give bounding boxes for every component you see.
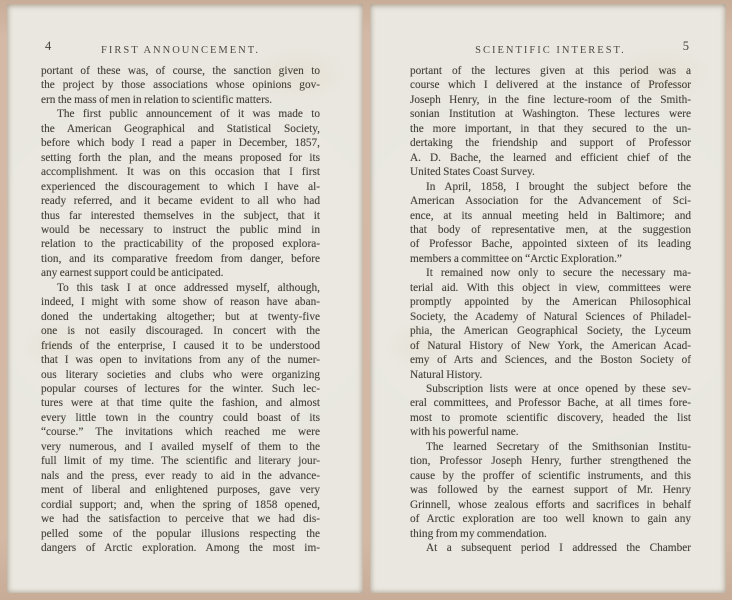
text-line: setting forth the plan, and the means pr… [41, 151, 320, 165]
page-number: 4 [45, 39, 51, 54]
text-line: ment of liberal and enlightened purposes… [41, 483, 320, 497]
text-line: “course.” The invitations which reached … [41, 425, 320, 439]
text-line: members a committee on “Arctic Explorati… [410, 252, 691, 266]
text-line: before which body I read a paper in Dece… [41, 136, 320, 150]
text-line: the American Geographical and Statistica… [41, 122, 320, 136]
text-line: we had the satisfaction to perceive that… [41, 512, 320, 526]
text-line: popular courses of lectures for the wint… [41, 382, 320, 396]
text-line: experienced the discouragement to which … [41, 180, 320, 194]
text-line: cause by the proffer of scientific instr… [410, 469, 691, 483]
text-line: tion, and its comparative freedom from d… [41, 252, 320, 266]
book-spread-photo: { "palette": { "backing_tan": "#d3b8a4",… [0, 0, 732, 600]
text-line: Society, the Academy of Natural Sciences… [410, 310, 691, 324]
page-left: 4 FIRST ANNOUNCEMENT. portant of these w… [7, 4, 363, 593]
page-body: portant of these was, of course, the san… [41, 64, 320, 555]
text-line: ready referred, and it became evident to… [41, 194, 320, 208]
text-line: ence, at its annual meeting held in Balt… [410, 209, 691, 223]
text-line: eral committees, and Professor Bache, at… [410, 396, 691, 410]
text-line: The first public announcement of it was … [41, 107, 320, 121]
paragraph: It remained now only to secure the neces… [410, 266, 691, 382]
paragraph: In April, 1858, I brought the subject be… [410, 180, 691, 267]
text-line: pelled some of the popular illusions res… [41, 527, 320, 541]
running-head: FIRST ANNOUNCEMENT. [101, 45, 260, 56]
page-right: SCIENTIFIC INTEREST. 5 portant of the le… [370, 4, 726, 593]
text-line: The learned Secretary of the Smithsonian… [410, 440, 691, 454]
text-line: thing from my commendation. [410, 527, 691, 541]
text-line: In April, 1858, I brought the subject be… [410, 180, 691, 194]
text-line: portant of these was, of course, the san… [41, 64, 320, 78]
text-line: Subscription lists were at once opened b… [410, 382, 691, 396]
text-line: most to promote scientific discovery, he… [410, 411, 691, 425]
text-line: that I was open to invitations from any … [41, 353, 320, 367]
paragraph: The learned Secretary of the Smithsonian… [410, 440, 691, 541]
page-left-inner: 4 FIRST ANNOUNCEMENT. portant of these w… [7, 4, 363, 593]
page-body: portant of the lectures given at this pe… [410, 64, 691, 555]
text-line: doned the undertaking altogether; but at… [41, 310, 320, 324]
text-line: emy of Arts and Sciences, and the Boston… [410, 353, 691, 367]
text-line: course which I delivered at the instance… [410, 78, 691, 92]
text-line: one is not easily discouraged. In concer… [41, 324, 320, 338]
text-line: very numerous, and I availed myself of t… [41, 440, 320, 454]
paragraph: At a subsequent period I addressed the C… [410, 541, 691, 555]
text-line: portant of the lectures given at this pe… [410, 64, 691, 78]
paragraph: Subscription lists were at once opened b… [410, 382, 691, 440]
text-line: It remained now only to secure the neces… [410, 266, 691, 280]
text-line: nals and the press, ever ready to aid in… [41, 469, 320, 483]
text-line: of Professor Bache, appointed sixteen of… [410, 237, 691, 251]
paragraph: The first public announcement of it was … [41, 107, 320, 280]
text-line: of Arctic exploration are too well known… [410, 512, 691, 526]
text-line: At a subsequent period I addressed the C… [410, 541, 691, 555]
text-line: full limit of my time. The scientific an… [41, 454, 320, 468]
text-line: accomplishment. It was on this occasion … [41, 165, 320, 179]
text-line: phia, the American Geographical Society,… [410, 324, 691, 338]
text-line: would be necessary to instruct the publi… [41, 223, 320, 237]
text-line: Grinnell, whose zealous efforts and sacr… [410, 498, 691, 512]
text-line: friends of the enterprise, I caused it t… [41, 339, 320, 353]
page-header: SCIENTIFIC INTEREST. 5 [410, 40, 691, 53]
text-line: Joseph Henry, in the fine lecture-room o… [410, 93, 691, 107]
page-number: 5 [683, 39, 689, 54]
text-line: that body of representative men, at the … [410, 223, 691, 237]
text-line: sonian Institution at Washington. These … [410, 107, 691, 121]
text-line: promptly appointed by the American Philo… [410, 295, 691, 309]
text-line: was followed by the earnest support of M… [410, 483, 691, 497]
text-line: any earnest support could be anticipated… [41, 266, 320, 280]
text-line: terial aid. With this object in view, co… [410, 281, 691, 295]
text-line: of Natural History of New York, the Amer… [410, 339, 691, 353]
text-line: the more important, in that they secured… [410, 122, 691, 136]
text-line: A. D. Bache, the learned and efficient c… [410, 151, 691, 165]
text-line: thus far interested themselves in the su… [41, 209, 320, 223]
text-line: the project by those associations whose … [41, 78, 320, 92]
text-line: United States Coast Survey. [410, 165, 691, 179]
text-line: relation to the practicability of the pr… [41, 237, 320, 251]
text-line: cordial support; and, when the spring of… [41, 498, 320, 512]
paragraph: portant of these was, of course, the san… [41, 64, 320, 107]
text-line: ous literary societies and clubs who wer… [41, 368, 320, 382]
text-line: every little town in the country could b… [41, 411, 320, 425]
text-line: dangers of Arctic exploration. Among the… [41, 541, 320, 555]
paragraph: To this task I at once addressed myself,… [41, 281, 320, 556]
text-line: Natural History. [410, 368, 691, 382]
text-line: with his powerful name. [410, 425, 691, 439]
running-head: SCIENTIFIC INTEREST. [475, 45, 626, 56]
text-line: indeed, I might with some show of reason… [41, 295, 320, 309]
text-line: ern the mass of men in relation to scien… [41, 93, 320, 107]
text-line: dertaking the friendship and support of … [410, 136, 691, 150]
page-right-inner: SCIENTIFIC INTEREST. 5 portant of the le… [370, 4, 726, 593]
text-line: American Association for the Advancement… [410, 194, 691, 208]
text-line: tures were at that time quite the fashio… [41, 396, 320, 410]
text-line: tion, Professor Joseph Henry, further st… [410, 454, 691, 468]
page-header: 4 FIRST ANNOUNCEMENT. [41, 40, 320, 53]
text-line: To this task I at once addressed myself,… [41, 281, 320, 295]
paragraph: portant of the lectures given at this pe… [410, 64, 691, 180]
